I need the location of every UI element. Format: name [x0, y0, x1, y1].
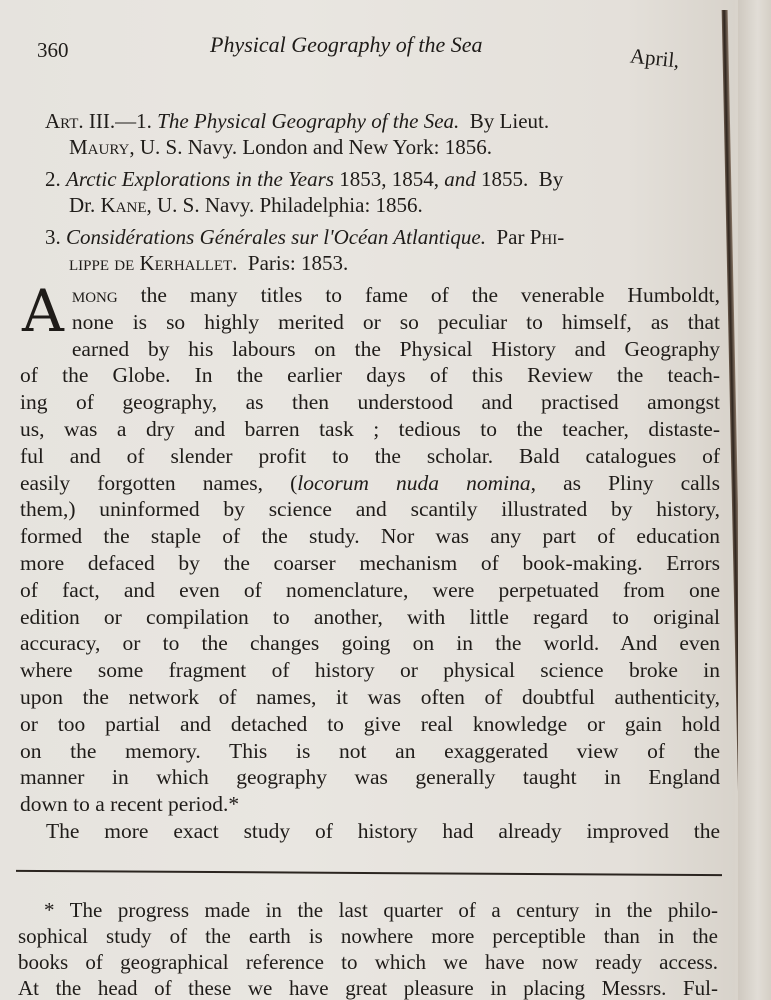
body-line: accuracy, or to the changes going on in …	[20, 630, 720, 657]
ref-author: Maury	[69, 135, 129, 159]
ref-title: Arctic Explorations in the Years	[66, 167, 334, 191]
footnote-line: At the head of these we have great pleas…	[18, 975, 718, 1000]
latin-phrase: locorum nuda nomina	[297, 471, 530, 495]
ref-title: Considérations Générales sur l'Océan Atl…	[66, 225, 486, 249]
body-line: on the memory. This is not an exaggerate…	[20, 738, 720, 765]
body-line: ful and of slender profit to the scholar…	[20, 443, 720, 470]
body-line: mong the many titles to fame of the vene…	[20, 282, 720, 309]
footnote-line: * The progress made in the last quarter …	[18, 897, 718, 923]
body-line: us, was a dry and barren task ; tedious …	[20, 416, 720, 443]
reference-2: 2. Arctic Explorations in the Years 1853…	[45, 166, 705, 218]
ref-rest: Paris: 1853.	[248, 251, 348, 275]
body-line: them,) uninformed by science and scantil…	[20, 496, 720, 523]
body-line: where some fragment of history or physic…	[20, 657, 720, 684]
ref-by: Par	[497, 225, 525, 249]
ref-label: 2.	[45, 167, 61, 191]
ref-author-prefix: Dr.	[69, 193, 95, 217]
ref-label: Art. III.—1.	[45, 109, 152, 133]
footnote-rule	[16, 870, 722, 876]
body-line: more defaced by the coarser mechanism of…	[20, 550, 720, 577]
drop-cap: A	[22, 286, 64, 336]
body-line: down to a recent period.*	[20, 791, 720, 818]
ref-author: Kane	[101, 193, 147, 217]
ref-years: 1853, 1854,	[339, 167, 439, 191]
running-month: April,	[629, 43, 681, 73]
ref-rest: , U. S. Navy. London and New York: 1856.	[129, 135, 492, 159]
body-line: edition or compilation to another, with …	[20, 604, 720, 631]
body-line: of the Globe. In the earlier days of thi…	[20, 362, 720, 389]
page-number: 360	[37, 38, 69, 63]
running-title: Physical Geography of the Sea	[210, 32, 483, 58]
body-line: formed the staple of the study. Nor was …	[20, 523, 720, 550]
body-line: easily forgotten names, (locorum nuda no…	[20, 470, 720, 497]
body-line: earned by his labours on the Physical Hi…	[20, 336, 720, 363]
body-line: The more exact study of history had alre…	[20, 818, 720, 845]
first-word: mong	[72, 283, 118, 307]
body-line: none is so highly merited or so peculiar…	[20, 309, 720, 336]
ref-year-last: 1855.	[481, 167, 528, 191]
reference-1: Art. III.—1. The Physical Geography of t…	[45, 108, 705, 160]
ref-rest: , U. S. Navy. Philadelphia: 1856.	[147, 193, 423, 217]
footnote-line: books of geographical reference to which…	[18, 949, 718, 975]
article-references: Art. III.—1. The Physical Geography of t…	[45, 108, 705, 282]
ref-label: 3.	[45, 225, 61, 249]
running-head: 360 Physical Geography of the Sea April,	[0, 30, 735, 60]
body-line: of fact, and even of nomenclature, were …	[20, 577, 720, 604]
body-line: manner in which geography was generally …	[20, 764, 720, 791]
reference-3: 3. Considérations Générales sur l'Océan …	[45, 224, 705, 276]
ref-by: By	[539, 167, 564, 191]
footnote: * The progress made in the last quarter …	[18, 897, 718, 1000]
ref-title: The Physical Geography of the Sea.	[157, 109, 459, 133]
ref-by: By Lieut.	[470, 109, 549, 133]
page-text: 360 Physical Geography of the Sea April,…	[0, 0, 735, 1000]
ref-author-line2: lippe de Kerhallet.	[69, 251, 237, 275]
body-line: or too partial and detached to give real…	[20, 711, 720, 738]
body-line: upon the network of names, it was often …	[20, 684, 720, 711]
article-body: A mong the many titles to fame of the ve…	[20, 282, 720, 845]
body-line: ing of geography, as then understood and…	[20, 389, 720, 416]
ref-and: and	[444, 167, 476, 191]
facing-page-edge	[738, 0, 771, 1000]
ref-author-line1: Phi-	[530, 225, 565, 249]
footnote-line: sophical study of the earth is nowhere m…	[18, 923, 718, 949]
